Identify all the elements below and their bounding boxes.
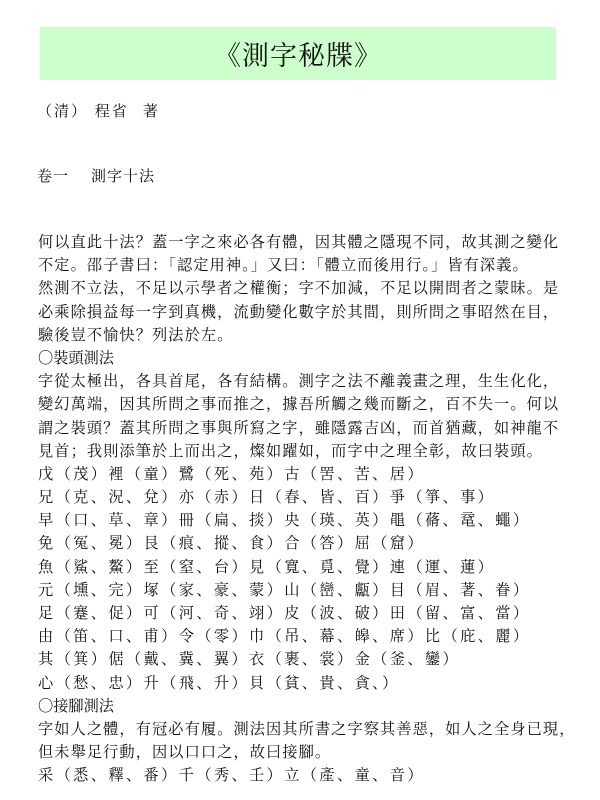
intro-line: 不定。邵子書曰：「認定用神。」又曰：「體立而後用行。」皆有深義。 <box>38 254 568 277</box>
intro-line: 驗後豈不愉快？列法於左。 <box>38 324 568 347</box>
example-row: 早（口、草、章）冊（扁、掞）央（瑛、英）黽（蓨、鼋、蠅） <box>38 509 568 532</box>
section-heading-zhuangtou: 〇裝頭測法 <box>38 347 568 370</box>
section-paragraph-line: 變幻萬端，因其所問之事而推之，據吾所觸之幾而斷之，百不失一。何以 <box>38 393 568 416</box>
chapter-volume: 卷一 <box>37 167 69 185</box>
intro-line: 然測不立法，不足以示學者之權衡；字不加減，不足以開問者之蒙昧。是 <box>38 277 568 300</box>
example-row: 戊（茂）裡（童）鷺（死、苑）古（罟、苦、居） <box>38 463 568 486</box>
document-body: 何以直此十法？蓋一字之來必各有體，因其體之隱現不同，故其測之變化 不定。邵子書曰… <box>38 231 568 788</box>
intro-line: 何以直此十法？蓋一字之來必各有體，因其體之隱現不同，故其測之變化 <box>38 231 568 254</box>
section-paragraph-line: 見首；我則添筆於上而出之，燦如躍如，而字中之理全彰，故曰裝頭。 <box>38 440 568 463</box>
example-row: 其（箕）倨（戴、冀、翼）衣（裹、裳）金（釜、鑾） <box>38 648 568 671</box>
chapter-heading: 卷一測字十法 <box>37 165 155 186</box>
author-name: 程省 <box>95 102 129 120</box>
document-title: 《測字秘牒》 <box>214 34 382 73</box>
example-row: 元（壎、完）塚（家、豪、蒙）山（巒、甗）目（眉、著、眷） <box>38 579 568 602</box>
chapter-title: 測字十法 <box>91 167 155 185</box>
example-row: 足（蹇、促）可（河、奇、翊）皮（波、破）田（留、富、當） <box>38 602 568 625</box>
section-heading-jiejiao: 〇接腳測法 <box>38 695 568 718</box>
example-row: 由（笛、口、甫）令（零）巾（吊、幕、皞、席）比（庇、麗） <box>38 625 568 648</box>
intro-line: 必乘除損益每一字到真機，流動變化數字於其間，則所問之事昭然在目， <box>38 301 568 324</box>
section-paragraph-line: 謂之裝頭？蓋其所問之事與所寫之字，雖隱露吉凶，而首猶藏，如神龍不 <box>38 417 568 440</box>
example-row: 免（冤、冕）艮（痕、摐、食）合（答）屈（窟） <box>38 532 568 555</box>
example-row: 魚（鯊、鰲）至（窒、台）見（寬、覓、覺）連（運、蓮） <box>38 556 568 579</box>
section-paragraph-line: 但未舉足行動，因以口口之，故曰接腳。 <box>38 741 568 764</box>
author-role: 著 <box>143 102 160 120</box>
author-dynasty: （清） <box>37 102 88 120</box>
section-paragraph-line: 字從太極出，各具首尾，各有結構。測字之法不離義畫之理，生生化化， <box>38 370 568 393</box>
example-row: 兄（克、況、兌）亦（赤）日（春、皆、百）爭（箏、事） <box>38 486 568 509</box>
example-row: 心（愁、忠）升（飛、升）貝（貧、貴、貪、） <box>38 672 568 695</box>
title-banner: 《測字秘牒》 <box>40 27 556 80</box>
section-paragraph-line: 字如人之體，有冠必有履。測法因其所書之字察其善惡，如人之全身已現， <box>38 718 568 741</box>
author-line: （清） 程省著 <box>37 100 160 121</box>
example-row: 采（悉、釋、番）千（秀、壬）立（產、童、音） <box>38 764 568 787</box>
